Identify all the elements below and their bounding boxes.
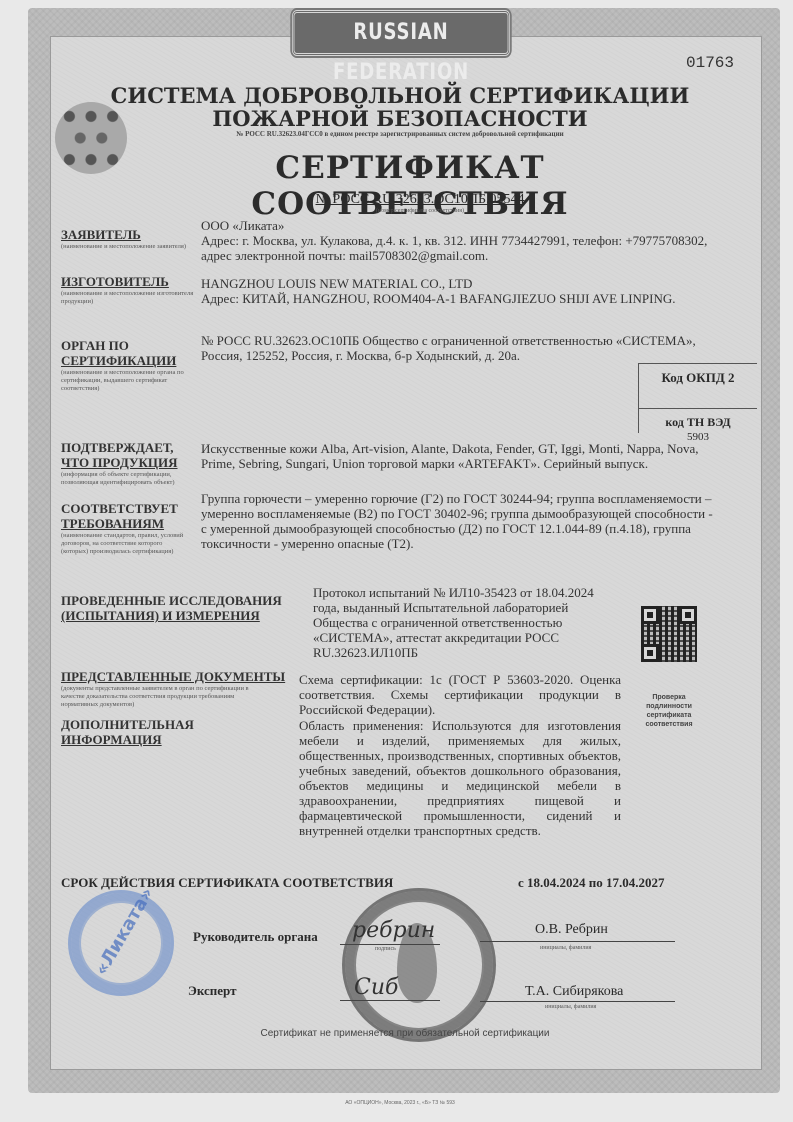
manufacturer-label: ИЗГОТОВИТЕЛЬ [61, 274, 169, 289]
country-banner: RUSSIAN FEDERATION [292, 10, 510, 56]
manufacturer-name: HANGZHOU LOUIS NEW MATERIAL CO., LTD [201, 276, 721, 291]
applicant-label-block: ЗАЯВИТЕЛЬ (наименование и местоположение… [61, 227, 221, 251]
tests-label-block: ПРОВЕДЕННЫЕ ИССЛЕДОВАНИЯ (ИСПЫТАНИЯ) И И… [61, 593, 291, 623]
product-label-line1: ПОДТВЕРЖДАЕТ, [61, 440, 221, 455]
head-label: Руководитель органа [193, 929, 318, 945]
requirements-sublabel: (наименование стандартов, правил, услови… [61, 532, 191, 556]
cert-body-sublabel: (наименование и местоположение органа по… [61, 369, 196, 393]
expert-signature-icon: Сиб [354, 975, 398, 1000]
additional-label-block: ДОПОЛНИТЕЛЬНАЯ ИНФОРМАЦИЯ [61, 717, 221, 747]
applicant-value: ООО «Ликата» Адрес: г. Москва, ул. Кулак… [201, 218, 721, 263]
manufacturer-value: HANGZHOU LOUIS NEW MATERIAL CO., LTD Адр… [201, 276, 721, 306]
expert-name: Т.А. Сибирякова [525, 984, 623, 1000]
qr-finder-icon [641, 644, 659, 662]
additional-label-line2: ИНФОРМАЦИЯ [61, 732, 162, 747]
requirements-label-line2: ТРЕБОВАНИЯМ [61, 516, 164, 531]
tests-label-line2: (ИСПЫТАНИЯ) И ИЗМЕРЕНИЯ [61, 608, 260, 623]
qr-finder-icon [679, 606, 697, 624]
qr-code-icon[interactable] [641, 606, 697, 662]
tests-label-line1: ПРОВЕДЕННЫЕ ИССЛЕДОВАНИЯ [61, 593, 291, 608]
additional-label-line1: ДОПОЛНИТЕЛЬНАЯ [61, 717, 221, 732]
head-name-caption: инициалы, фамилия [540, 945, 591, 951]
requirements-label-line1: СООТВЕТСТВУЕТ [61, 501, 221, 516]
okpd-label: Код ОКПД 2 [639, 363, 757, 408]
manufacturer-sublabel: (наименование и местоположение изготовит… [61, 290, 221, 306]
validity-value: с 18.04.2024 по 17.04.2027 [518, 875, 665, 891]
expert-name-caption: инициалы, фамилия [545, 1004, 596, 1010]
head-name-line [480, 941, 675, 942]
applicant-sublabel: (наименование и местоположение заявителя… [61, 243, 221, 251]
head-signature-line [340, 944, 440, 945]
expert-name-line [480, 1001, 675, 1002]
head-signature-caption: подпись [375, 946, 396, 952]
additional-value: Область применения: Используются для изг… [299, 718, 621, 838]
requirements-value: Группа горючести – умеренно горючие (Г2)… [201, 491, 721, 551]
cert-body-stamp-icon [342, 888, 496, 1042]
cert-body-label-line2: СЕРТИФИКАЦИИ [61, 353, 176, 368]
manufacturer-label-block: ИЗГОТОВИТЕЛЬ (наименование и местоположе… [61, 274, 221, 306]
footnote: Сертификат не применяется при обязательн… [240, 1028, 570, 1039]
certificate-number: № РОСС RU.32623.ОС10ПБ.05544 [250, 192, 590, 208]
tests-value: Протокол испытаний № ИЛ10-35423 от 18.04… [313, 585, 613, 660]
expert-signature-line [340, 1000, 440, 1001]
system-title-line2: ПОЖАРНОЙ БЕЗОПАСНОСТИ [110, 107, 690, 130]
system-title: СИСТЕМА ДОБРОВОЛЬНОЙ СЕРТИФИКАЦИИ ПОЖАРН… [110, 84, 690, 130]
validity-label: СРОК ДЕЙСТВИЯ СЕРТИФИКАТА СООТВЕТСТВИЯ [61, 875, 393, 891]
documents-sublabel: (документы представленные заявителем в о… [61, 685, 261, 709]
tnved-label: код ТН ВЭД [639, 415, 757, 430]
expert-label: Эксперт [188, 983, 236, 999]
cert-body-label-line1: ОРГАН ПО [61, 338, 221, 353]
applicant-stamp-text: «Ликата» [91, 896, 151, 979]
system-title-line1: СИСТЕМА ДОБРОВОЛЬНОЙ СЕРТИФИКАЦИИ [110, 84, 690, 107]
product-sublabel: (информация об объекте сертификации, поз… [61, 471, 186, 487]
head-name: О.В. Ребрин [535, 922, 608, 938]
product-label-block: ПОДТВЕРЖДАЕТ, ЧТО ПРОДУКЦИЯ (информация … [61, 440, 221, 487]
cert-body-label-block: ОРГАН ПО СЕРТИФИКАЦИИ (наименование и ме… [61, 338, 221, 393]
codes-box: Код ОКПД 2 код ТН ВЭД 5903 [638, 363, 757, 433]
printer-note: АО «ОПЦИОН», Москва, 2023 г., «Б» ТЗ № 5… [300, 1100, 500, 1106]
head-signature-icon: ребрин [352, 918, 435, 943]
requirements-label-block: СООТВЕТСТВУЕТ ТРЕБОВАНИЯМ (наименование … [61, 501, 221, 556]
applicant-address: Адрес: г. Москва, ул. Кулакова, д.4. к. … [201, 233, 721, 263]
documents-label-block: ПРЕДСТАВЛЕННЫЕ ДОКУМЕНТЫ (документы пред… [61, 669, 296, 709]
cert-body-value: № РОСС RU.32623.ОС10ПБ Общество с ограни… [201, 333, 721, 363]
applicant-stamp-icon: «Ликата» [68, 890, 174, 996]
manufacturer-address: Адрес: КИТАЙ, HANGZHOU, ROOM404-A-1 BAFA… [201, 291, 721, 306]
product-value: Искусственные кожи Alba, Art-vision, Ala… [201, 441, 721, 471]
qr-caption: Проверка подлинности сертификата соответ… [632, 693, 706, 729]
applicant-label: ЗАЯВИТЕЛЬ [61, 227, 141, 242]
qr-finder-icon [641, 606, 659, 624]
product-label-line2: ЧТО ПРОДУКЦИЯ [61, 455, 178, 470]
applicant-name: ООО «Ликата» [201, 218, 721, 233]
documents-label: ПРЕДСТАВЛЕННЫЕ ДОКУМЕНТЫ [61, 669, 285, 684]
certificate-number-caption: (номер сертификата соответствия) [250, 208, 590, 214]
system-registry: № РОСС RU.32623.04ГСС0 в едином реестре … [110, 130, 690, 138]
documents-value: Схема сертификации: 1с (ГОСТ Р 53603-202… [299, 672, 621, 717]
serial-number: 01763 [686, 54, 734, 72]
